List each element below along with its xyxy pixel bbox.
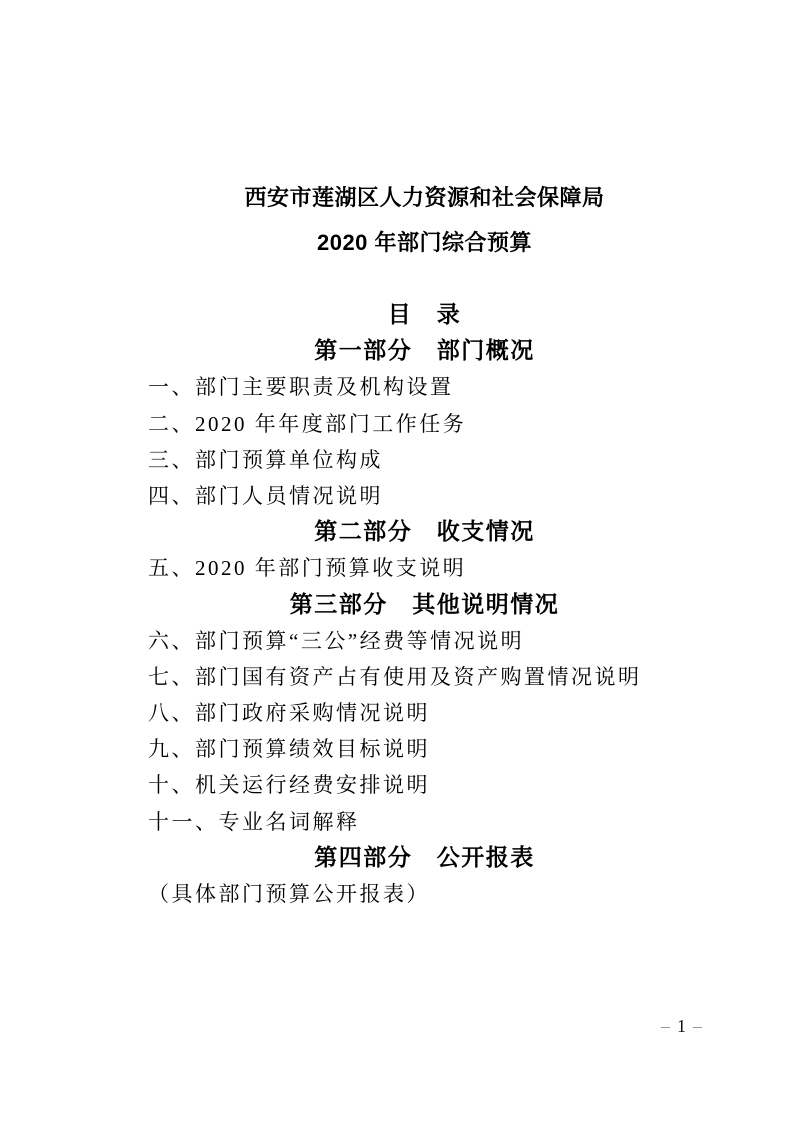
toc-note-report-tables: （具体部门预算公开报表）	[148, 876, 701, 912]
toc-section-part-2: 第二部分 收支情况	[148, 514, 701, 550]
toc-item-4: 四、部门人员情况说明	[148, 478, 701, 514]
document-title-line-2: 2020 年部门综合预算	[148, 220, 701, 265]
page-number-left-dash: –	[661, 1014, 670, 1038]
document-title-line-1: 西安市莲湖区人力资源和社会保障局	[148, 175, 701, 220]
page-number-right-dash: –	[693, 1014, 702, 1038]
toc-heading: 目 录	[148, 297, 701, 333]
toc-section-part-4: 第四部分 公开报表	[148, 840, 701, 876]
toc-item-6: 六、部门预算“三公”经费等情况说明	[148, 623, 701, 659]
table-of-contents: 目 录 第一部分 部门概况 一、部门主要职责及机构设置 二、2020 年年度部门…	[148, 297, 701, 912]
toc-item-3: 三、部门预算单位构成	[148, 442, 701, 478]
toc-item-10: 十、机关运行经费安排说明	[148, 767, 701, 803]
toc-item-11: 十一、专业名词解释	[148, 804, 701, 840]
toc-item-7: 七、部门国有资产占有使用及资产购置情况说明	[148, 659, 701, 695]
document-page: 西安市莲湖区人力资源和社会保障局 2020 年部门综合预算 目 录 第一部分 部…	[0, 0, 793, 1122]
toc-section-part-1: 第一部分 部门概况	[148, 333, 701, 369]
toc-item-1: 一、部门主要职责及机构设置	[148, 369, 701, 405]
toc-section-part-3: 第三部分 其他说明情况	[148, 587, 701, 623]
toc-item-5: 五、2020 年部门预算收支说明	[148, 550, 701, 586]
toc-item-8: 八、部门政府采购情况说明	[148, 695, 701, 731]
document-title-block: 西安市莲湖区人力资源和社会保障局 2020 年部门综合预算	[148, 175, 701, 265]
toc-item-2: 二、2020 年年度部门工作任务	[148, 406, 701, 442]
page-number-value: 1	[677, 1014, 686, 1038]
page-number: – 1 –	[661, 1014, 702, 1038]
toc-item-9: 九、部门预算绩效目标说明	[148, 731, 701, 767]
